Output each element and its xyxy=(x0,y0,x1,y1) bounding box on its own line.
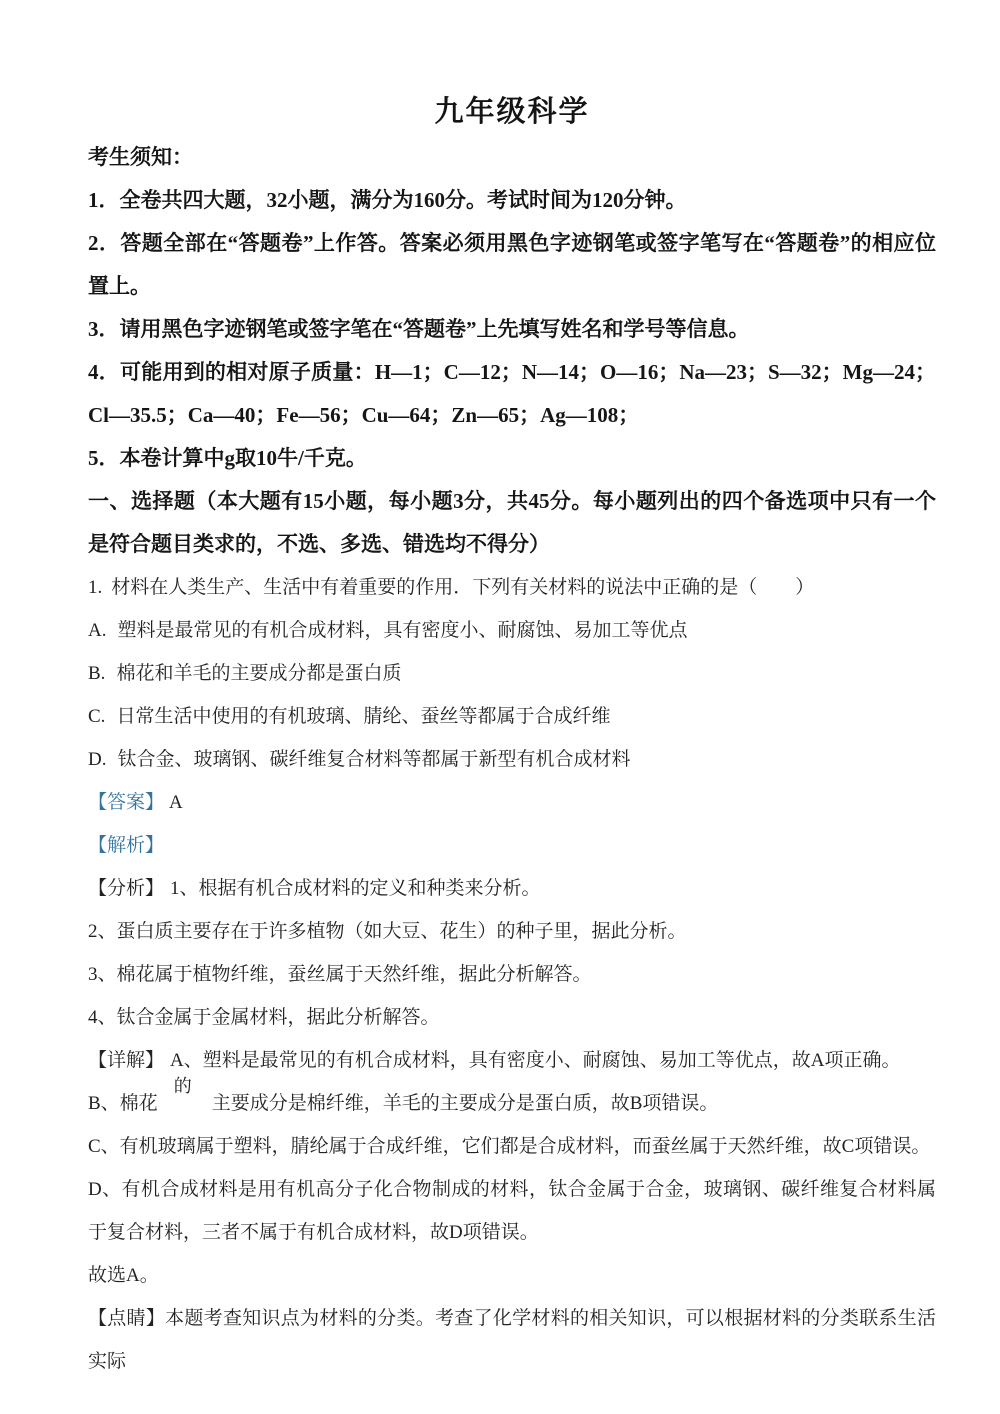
dianjing-label: 【点睛】 xyxy=(88,1308,165,1329)
fenxi-item-1: 1、根据有机合成材料的定义和种类来分析。 xyxy=(170,878,541,899)
answer-value: A xyxy=(169,792,183,813)
conclusion-line: 故选A。 xyxy=(88,1254,936,1297)
option-b: B.棉花和羊毛的主要成分都是蛋白质 xyxy=(88,652,936,695)
option-a: A.塑料是最常见的有机合成材料，具有密度小、耐腐蚀、易加工等优点 xyxy=(88,609,936,652)
option-d-text: 钛合金、玻璃钢、碳纤维复合材料等都属于新型有机合成材料 xyxy=(117,749,630,770)
xiangjie-line-d: D、有机合成材料是用有机高分子化合物制成的材料，钛合金属于合金，玻璃钢、碳纤维复… xyxy=(88,1168,936,1254)
xiangjie-b-suffix: 主要成分是棉纤维，羊毛的主要成分是蛋白质，故B项错误。 xyxy=(212,1093,719,1114)
option-b-text: 棉花和羊毛的主要成分都是蛋白质 xyxy=(116,663,401,684)
option-a-label: A. xyxy=(88,620,106,641)
option-a-text: 塑料是最常见的有机合成材料，具有密度小、耐腐蚀、易加工等优点 xyxy=(117,620,687,641)
notice-heading: 考生须知： xyxy=(88,136,936,179)
dianjing-line: 【点睛】本题考查知识点为材料的分类。考查了化学材料的相关知识，可以根据材料的分类… xyxy=(88,1297,936,1383)
xiangjie-a-text: A、塑料是最常见的有机合成材料，具有密度小、耐腐蚀、易加工等优点，故A项正确。 xyxy=(170,1050,900,1071)
question-stem: 材料在人类生产、生活中有着重要的作用．下列有关材料的说法中正确的是（ ） xyxy=(111,577,814,598)
option-c-text: 日常生活中使用的有机玻璃、腈纶、蚕丝等都属于合成纤维 xyxy=(116,706,610,727)
question-stem-line: 1.材料在人类生产、生活中有着重要的作用．下列有关材料的说法中正确的是（ ） xyxy=(88,566,936,609)
jiexi-label: 【解析】 xyxy=(88,835,164,856)
xiangjie-b-prefix: B、棉花 xyxy=(88,1093,158,1114)
answer-label: 【答案】 xyxy=(88,792,164,813)
option-c-label: C. xyxy=(88,706,105,727)
xiangjie-line-a: 【详解】A、塑料是最常见的有机合成材料，具有密度小、耐腐蚀、易加工等优点，故A项… xyxy=(88,1039,936,1082)
notice-item-1: 1．全卷共四大题，32小题，满分为160分。考试时间为120分钟。 xyxy=(88,179,936,222)
notice-item-2: 2．答题全部在“答题卷”上作答。答案必须用黑色字迹钢笔或签字笔写在“答题卷”的相… xyxy=(88,222,936,308)
option-b-label: B. xyxy=(88,663,105,684)
notice-item-3: 3．请用黑色字迹钢笔或签字笔在“答题卷”上先填写姓名和学号等信息。 xyxy=(88,308,936,351)
option-d-label: D. xyxy=(88,749,106,770)
fenxi-line-1: 【分析】1、根据有机合成材料的定义和种类来分析。 xyxy=(88,867,936,910)
fenxi-line-3: 3、棉花属于植物纤维，蚕丝属于天然纤维，据此分析解答。 xyxy=(88,953,936,996)
notice-item-5: 5．本卷计算中g取10牛/千克。 xyxy=(88,437,936,480)
answer-line: 【答案】A xyxy=(88,781,936,824)
xiangjie-label: 【详解】 xyxy=(88,1050,164,1071)
fenxi-line-2: 2、蛋白质主要存在于许多植物（如大豆、花生）的种子里，据此分析。 xyxy=(88,910,936,953)
dianjing-text: 本题考查知识点为材料的分类。考查了化学材料的相关知识，可以根据材料的分类联系生活… xyxy=(88,1308,936,1372)
option-d: D.钛合金、玻璃钢、碳纤维复合材料等都属于新型有机合成材料 xyxy=(88,738,936,781)
jiexi-line: 【解析】 xyxy=(88,824,936,867)
page-title: 九年级科学 xyxy=(88,88,936,136)
fenxi-label: 【分析】 xyxy=(88,878,164,899)
fenxi-line-4: 4、钛合金属于金属材料，据此分析解答。 xyxy=(88,996,936,1039)
option-c: C.日常生活中使用的有机玻璃、腈纶、蚕丝等都属于合成纤维 xyxy=(88,695,936,738)
section-heading: 一、选择题（本大题有15小题，每小题3分，共45分。每小题列出的四个备选项中只有… xyxy=(88,480,936,566)
exam-document-page: 九年级科学 考生须知： 1．全卷共四大题，32小题，满分为160分。考试时间为1… xyxy=(0,0,1000,1414)
xiangjie-line-b: B、棉花的主要成分是棉纤维，羊毛的主要成分是蛋白质，故B项错误。 xyxy=(88,1082,936,1125)
notice-item-4: 4．可能用到的相对原子质量：H—1；C—12；N—14；O—16；Na—23；S… xyxy=(88,351,936,437)
xiangjie-line-c: C、有机玻璃属于塑料，腈纶属于合成纤维，它们都是合成材料，而蚕丝属于天然纤维，故… xyxy=(88,1125,936,1168)
superscript-de: 的 xyxy=(174,1065,192,1108)
question-number: 1. xyxy=(88,577,102,598)
